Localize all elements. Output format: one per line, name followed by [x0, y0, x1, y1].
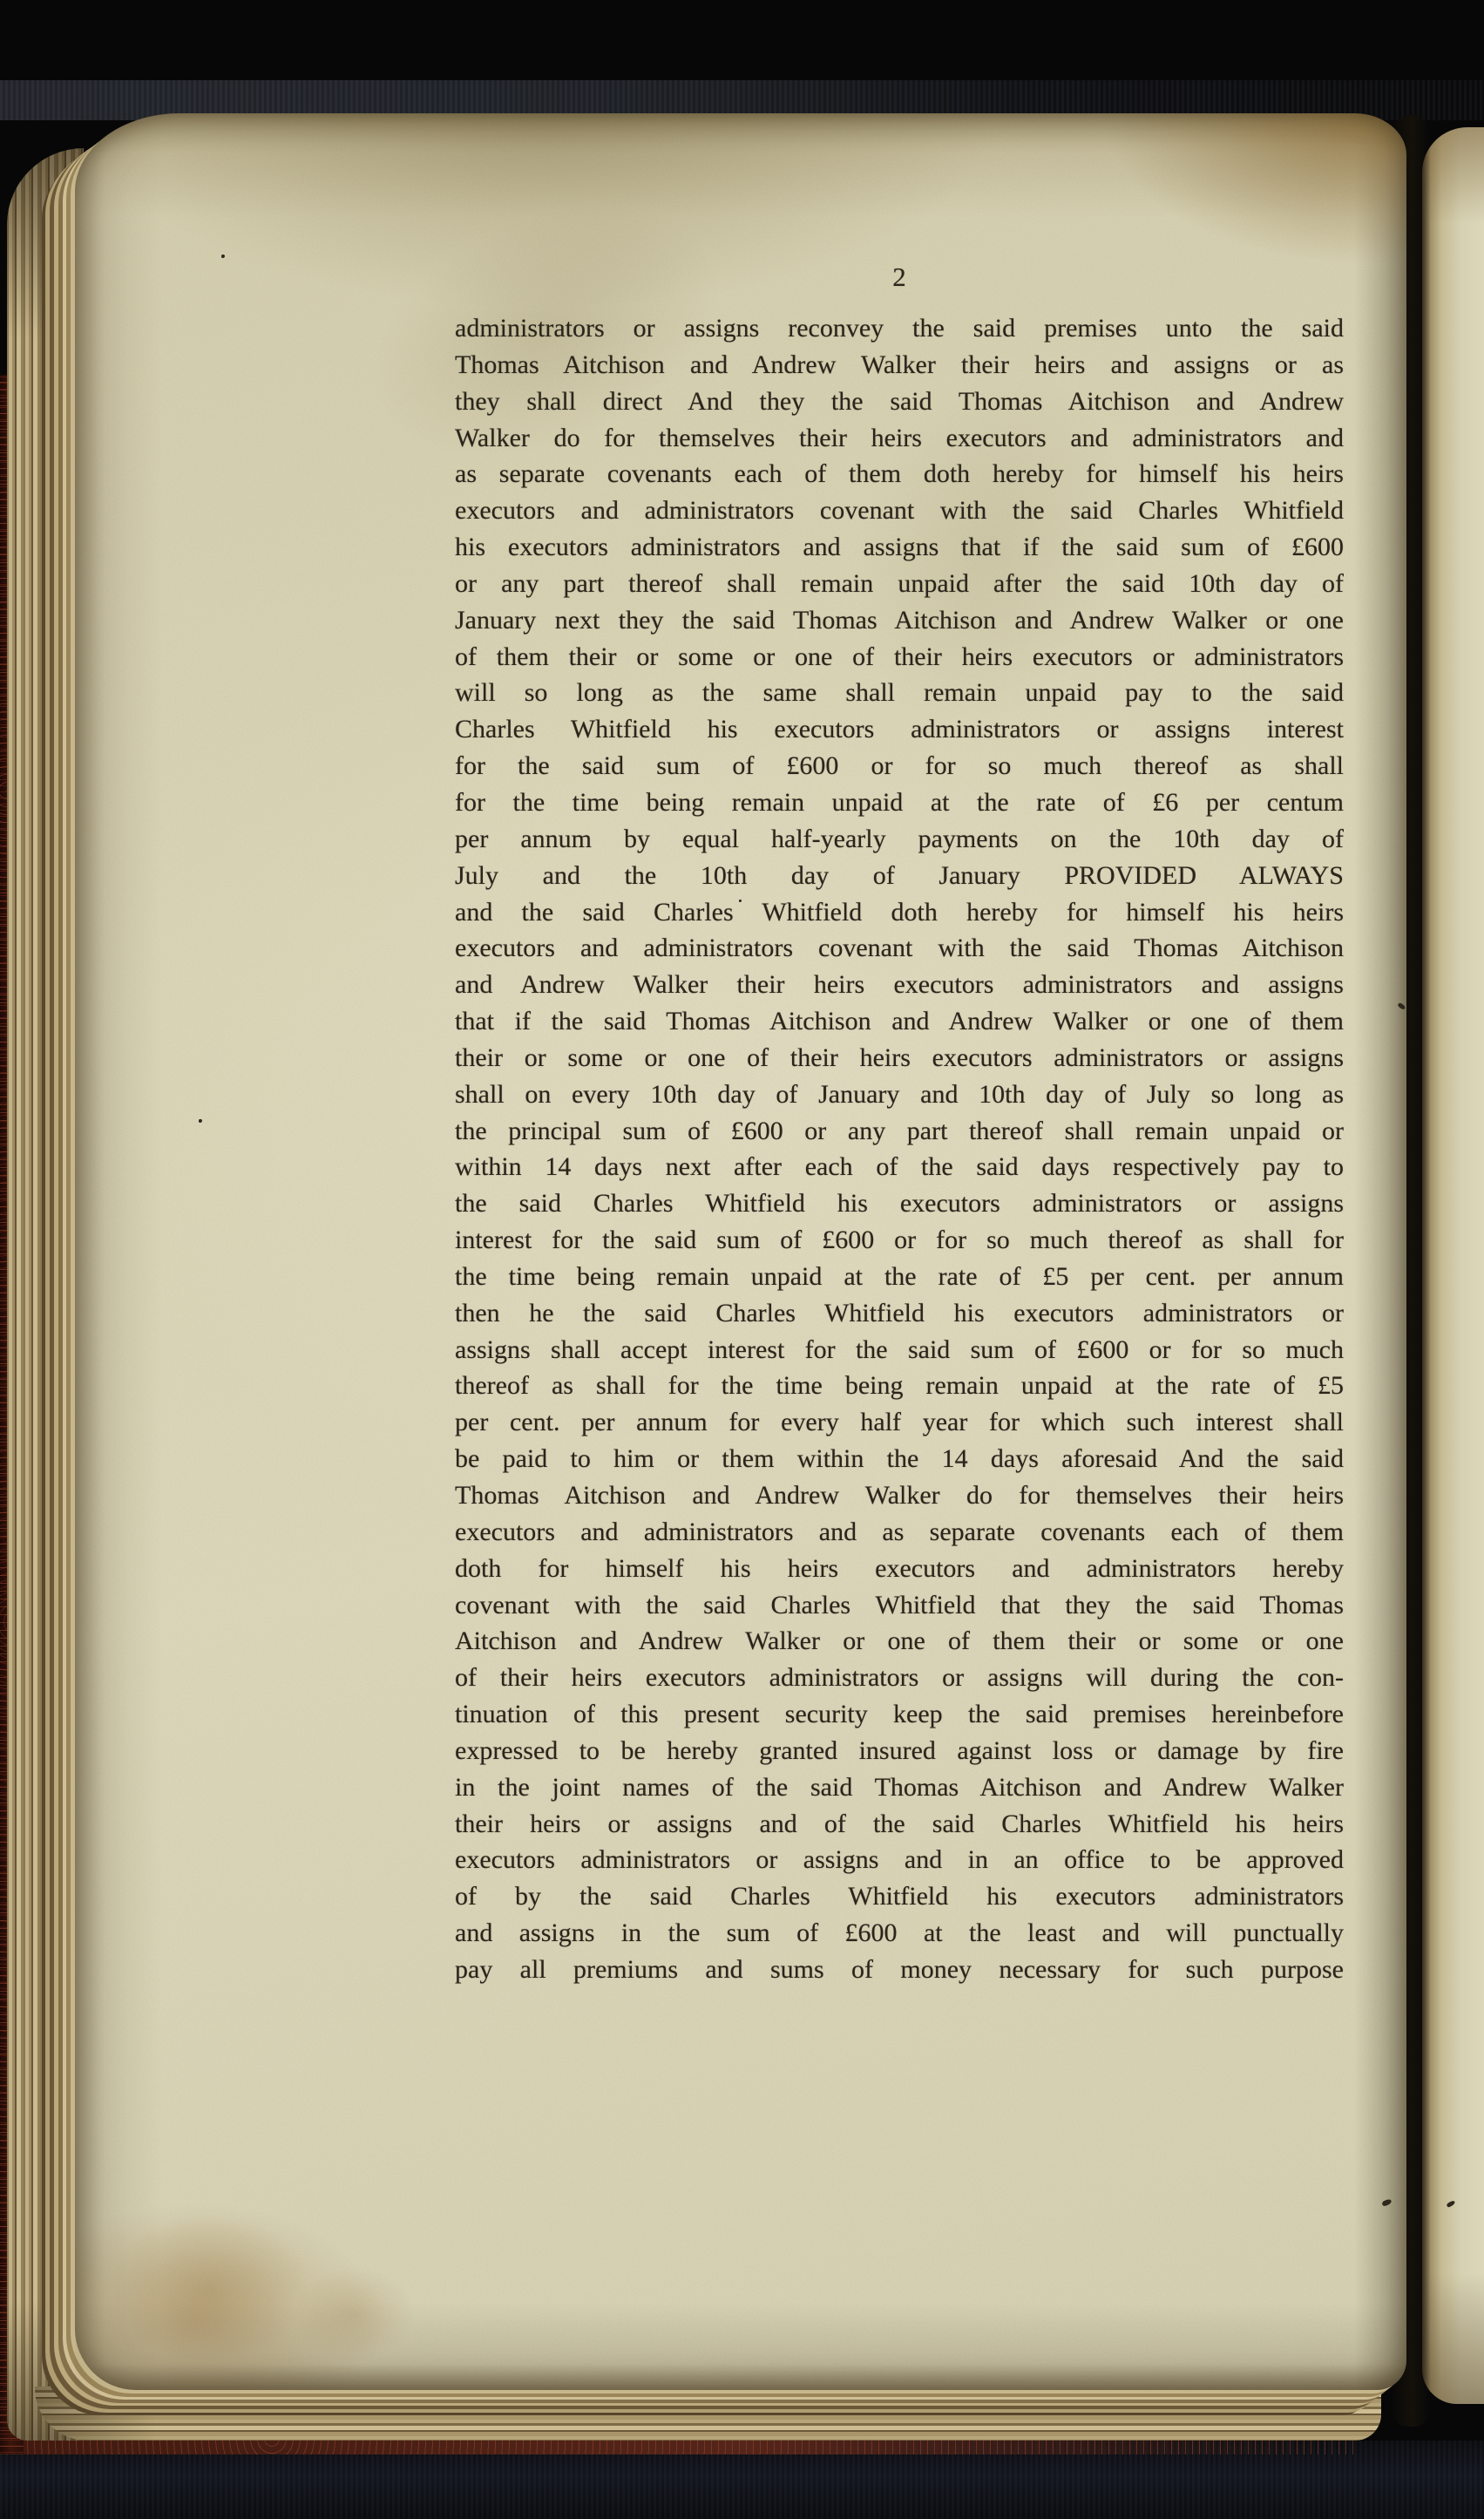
text-line: be paid to him or them within the 14 day…	[455, 1441, 1344, 1477]
text-line: and the said Charles Whitfield doth here…	[455, 894, 1344, 931]
text-line: of them their or some or one of their he…	[455, 639, 1344, 676]
text-line: and Andrew Walker their heirs executors …	[455, 967, 1344, 1003]
text-line: July and the 10th day of January PROVIDE…	[455, 858, 1344, 894]
text-line: executors and administrators covenant wi…	[455, 930, 1344, 967]
text-line: executors and administrators and as sepa…	[455, 1514, 1344, 1551]
text-line: executors administrators or assigns and …	[455, 1842, 1344, 1878]
stain	[293, 2266, 415, 2362]
text-line: and assigns in the sum of £600 at the le…	[455, 1915, 1344, 1952]
text-line: covenant with the said Charles Whitfield…	[455, 1587, 1344, 1624]
open-book-photo: 2 administrators or assigns reconvey the…	[0, 0, 1484, 2519]
text-line: of their heirs executors administrators …	[455, 1660, 1344, 1696]
text-line: pay all premiums and sums of money neces…	[455, 1952, 1344, 1988]
text-line: Thomas Aitchison and Andrew Walker do fo…	[455, 1477, 1344, 1514]
text-line: executors and administrators covenant wi…	[455, 492, 1344, 529]
text-line: tinuation of this present security keep …	[455, 1696, 1344, 1733]
text-line: of by the said Charles Whitfield his exe…	[455, 1878, 1344, 1915]
text-line: or any part thereof shall remain unpaid …	[455, 566, 1344, 602]
text-line: the principal sum of £600 or any part th…	[455, 1113, 1344, 1150]
text-line: will so long as the same shall remain un…	[455, 675, 1344, 711]
text-line: January next they the said Thomas Aitchi…	[455, 602, 1344, 639]
book-page: 2 administrators or assigns reconvey the…	[75, 113, 1406, 2390]
text-line: within 14 days next after each of the sa…	[455, 1149, 1344, 1185]
text-line: thereof as shall for the time being rema…	[455, 1368, 1344, 1404]
text-line: the said Charles Whitfield his executors…	[455, 1185, 1344, 1222]
text-line: administrators or assigns reconvey the s…	[455, 310, 1344, 347]
text-line: their heirs or assigns and of the said C…	[455, 1806, 1344, 1843]
text-line: expressed to be hereby granted insured a…	[455, 1733, 1344, 1769]
stain	[110, 2214, 310, 2362]
text-line: for the time being remain unpaid at the …	[455, 784, 1344, 821]
page-text: administrators or assigns reconvey the s…	[455, 310, 1344, 1988]
text-line: the time being remain unpaid at the rate…	[455, 1259, 1344, 1295]
text-line: they shall direct And they the said Thom…	[455, 384, 1344, 420]
text-line: for the said sum of £600 or for so much …	[455, 748, 1344, 784]
page-number: 2	[455, 261, 1344, 293]
text-line: Charles Whitfield his executors administ…	[455, 711, 1344, 748]
text-line: Thomas Aitchison and Andrew Walker their…	[455, 347, 1344, 384]
text-line: Aitchison and Andrew Walker or one of th…	[455, 1623, 1344, 1660]
page-edge-stack-bottom	[35, 2387, 1381, 2441]
text-line: his executors administrators and assigns…	[455, 529, 1344, 566]
text-line: then he the said Charles Whitfield his e…	[455, 1295, 1344, 1332]
text-line: in the joint names of the said Thomas Ai…	[455, 1769, 1344, 1806]
text-line: shall on every 10th day of January and 1…	[455, 1076, 1344, 1113]
text-line: assigns shall accept interest for the sa…	[455, 1332, 1344, 1368]
text-line: doth for himself his heirs executors and…	[455, 1551, 1344, 1587]
next-page-edge	[1422, 127, 1484, 2404]
text-line: their or some or one of their heirs exec…	[455, 1040, 1344, 1076]
text-line: that if the said Thomas Aitchison and An…	[455, 1003, 1344, 1040]
text-line: interest for the said sum of £600 or for…	[455, 1222, 1344, 1259]
text-line: per annum by equal half-yearly payments …	[455, 821, 1344, 858]
text-line: Walker do for themselves their heirs exe…	[455, 420, 1344, 457]
text-line: per cent. per annum for every half year …	[455, 1404, 1344, 1441]
text-line: as separate covenants each of them doth …	[455, 456, 1344, 492]
page-edge-stack-left	[7, 148, 84, 2441]
